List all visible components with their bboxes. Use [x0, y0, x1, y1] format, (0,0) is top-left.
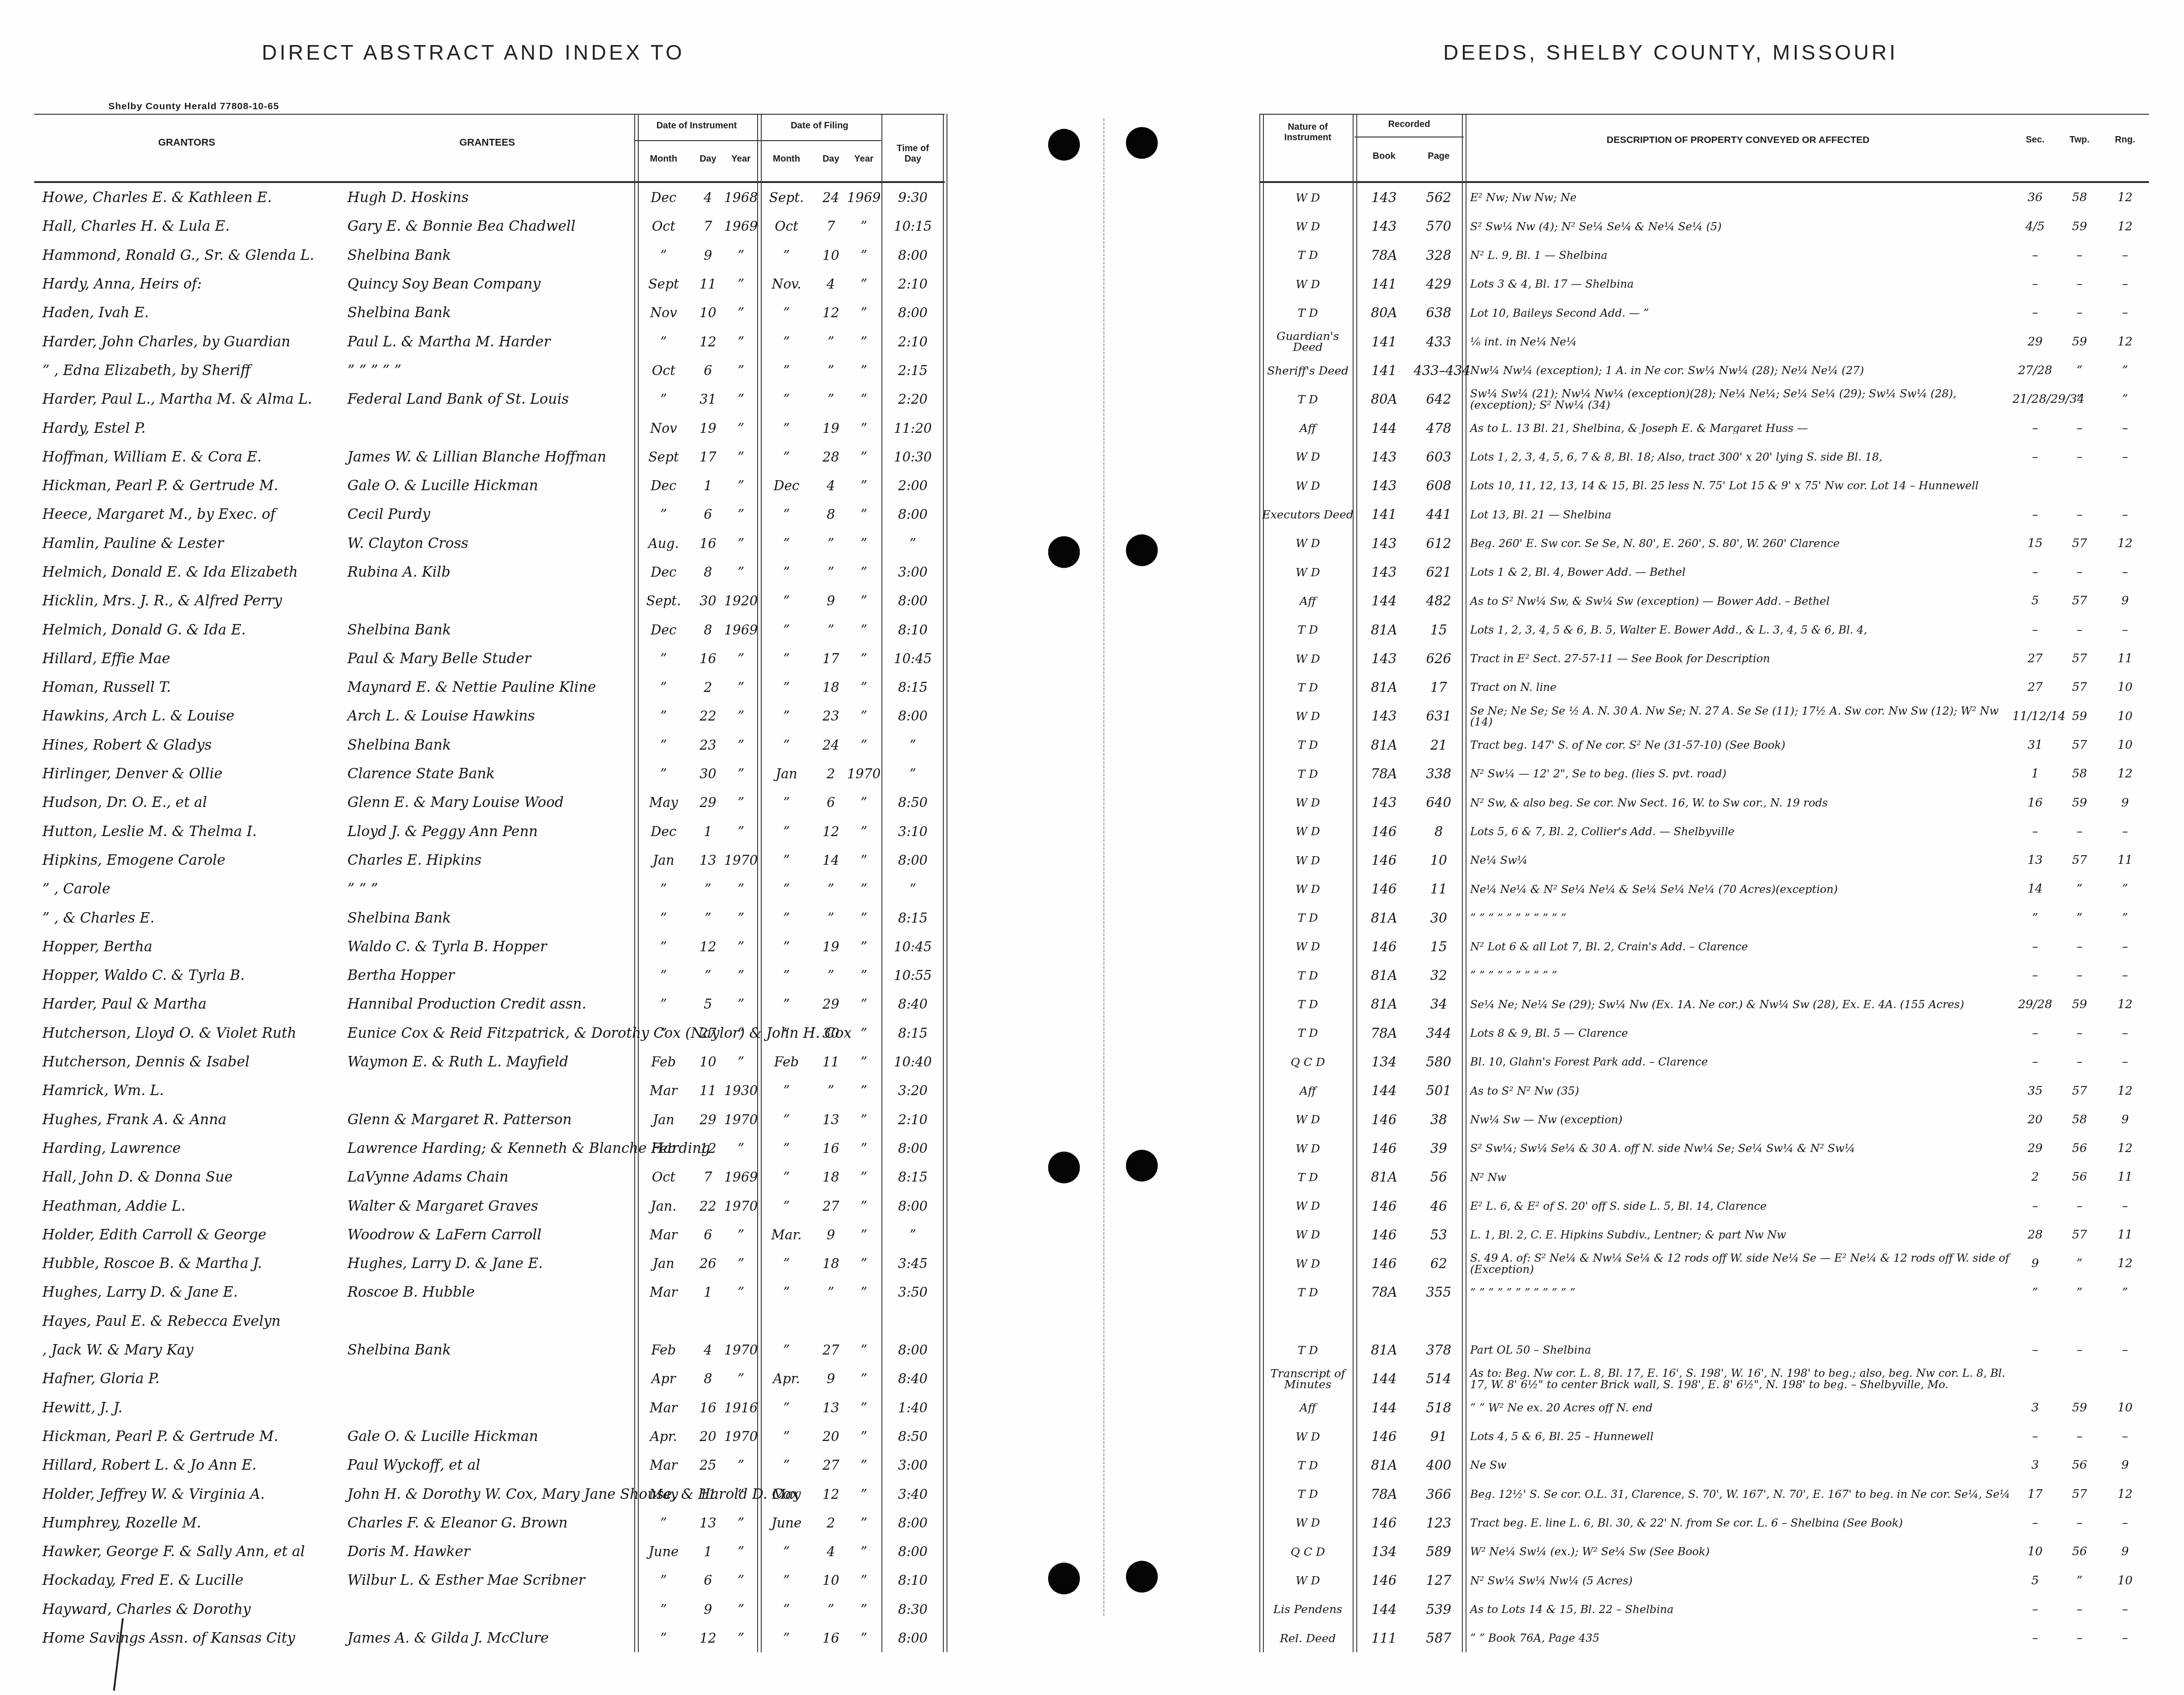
filing-day-cell: 9 [815, 594, 847, 608]
time-of-day-cell: 3:50 [881, 1286, 945, 1299]
description-cell: Lots 10, 11, 12, 13, 14 & 15, Bl. 25 les… [1464, 480, 2012, 491]
table-row: T D78A338N² Sw¼ — 12' 2", Se to beg. (li… [1261, 760, 2149, 788]
grantees-cell: ” ” ” [339, 882, 635, 896]
grantors-cell: Hawker, George F. & Sally Ann, et al [34, 1545, 339, 1559]
filing-day-cell: 12 [815, 825, 847, 838]
instrument-day-cell: 6 [692, 364, 724, 377]
filing-month-cell: Sept. [758, 191, 815, 204]
table-row: Hutton, Leslie M. & Thelma I.Lloyd J. & … [34, 817, 945, 846]
instrument-year-cell: ” [724, 566, 758, 579]
book-cell: 143 [1354, 652, 1414, 665]
date-of-instrument-header: Date of Instrument [635, 121, 758, 131]
instrument-year-cell: 1916 [724, 1401, 758, 1415]
filing-month-cell: ” [758, 249, 815, 262]
sec-cell: 29 [2012, 336, 2058, 348]
table-row: Hughes, Frank A. & AnnaGlenn & Margaret … [34, 1106, 945, 1134]
table-row: Hall, Charles H. & Lula E.Gary E. & Bonn… [34, 212, 945, 241]
binder-hole [1048, 536, 1080, 568]
nature-of-instrument-cell: W D [1261, 884, 1354, 895]
filing-year-cell: ” [847, 710, 881, 723]
filing-month-cell: ” [758, 652, 815, 665]
sec-cell: 11/12/14 [2012, 711, 2058, 722]
instrument-day-cell: 22 [692, 1200, 724, 1213]
page-header: Page [1414, 151, 1464, 162]
table-row: W D14638Nw¼ Sw — Nw (exception)20589 [1261, 1106, 2149, 1134]
instrument-year-cell: ” [724, 278, 758, 291]
sec-cell: – [2012, 307, 2058, 319]
time-of-day-cell: 8:15 [881, 912, 945, 925]
book-cell: 78A [1354, 1027, 1414, 1040]
filing-month-cell: ” [758, 710, 815, 723]
book-cell: 146 [1354, 1142, 1414, 1155]
description-cell: E² L. 6, & E² of S. 20' off S. side L. 5… [1464, 1201, 2012, 1212]
sec-cell: 14 [2012, 883, 2058, 895]
grantors-cell: Hamlin, Pauline & Lester [34, 537, 339, 551]
filing-year-cell: ” [847, 854, 881, 867]
grantors-cell: Hubble, Roscoe B. & Martha J. [34, 1257, 339, 1271]
instrument-month-cell: Mar [635, 1401, 692, 1415]
rng-cell: – [2101, 1056, 2149, 1068]
twp-cell: – [2058, 1345, 2101, 1356]
grantees-cell: Charles F. & Eleanor G. Brown [339, 1516, 635, 1530]
description-cell: Nw¼ Nw¼ (exception); 1 A. in Ne cor. Sw¼… [1464, 365, 2012, 376]
filing-month-cell: Feb [758, 1056, 815, 1069]
description-cell: Sw¼ Sw¼ (21); Nw¼ Nw¼ (exception)(28); N… [1464, 388, 2012, 411]
page-cell: 344 [1414, 1027, 1464, 1040]
grantors-cell: Hewitt, J. J. [34, 1401, 339, 1415]
page-cell: 39 [1414, 1142, 1464, 1155]
recorded-rule [1354, 137, 1464, 137]
left-table-top-rule [34, 114, 945, 115]
nature-of-instrument-cell: T D [1261, 624, 1354, 635]
instrument-month-cell: Mar [635, 1459, 692, 1472]
binder-hole [1048, 1563, 1080, 1594]
grantors-cell: Hopper, Bertha [34, 940, 339, 954]
filing-month-cell: ” [758, 969, 815, 982]
grantees-cell: Waymon E. & Ruth L. Mayfield [339, 1055, 635, 1069]
nature-of-instrument-cell: W D [1261, 452, 1354, 462]
filing-day-cell: ” [815, 1603, 847, 1616]
instrument-month-cell: Jan. [635, 1200, 692, 1213]
filing-year-cell: ” [847, 1286, 881, 1299]
twp-cell: 57 [2058, 855, 2101, 866]
table-row: W D143626Tract in E² Sect. 27-57-11 — Se… [1261, 645, 2149, 673]
grantors-cell: Harder, Paul L., Martha M. & Alma L. [34, 392, 339, 406]
instrument-year-cell: 1970 [724, 1113, 758, 1127]
grantors-cell: Hall, Charles H. & Lula E. [34, 219, 339, 233]
time-of-day-cell: 8:00 [881, 306, 945, 320]
grantees-cell: Gale O. & Lucille Hickman [339, 1430, 635, 1444]
time-of-day-cell: ” [881, 739, 945, 752]
filing-month-cell: ” [758, 1344, 815, 1357]
instrument-year-cell: 1920 [724, 594, 758, 608]
filing-month-cell: ” [758, 1142, 815, 1155]
filing-year-cell: ” [847, 1517, 881, 1530]
instrument-month-cell: Feb [635, 1056, 692, 1069]
nature-of-instrument-cell: T D [1261, 1172, 1354, 1183]
grantees-cell: John H. & Dorothy W. Cox, Mary Jane Shou… [339, 1487, 635, 1502]
description-cell: As to S² Nw¼ Sw, & Sw¼ Sw (exception) — … [1464, 596, 2012, 607]
sec-cell: – [2012, 1028, 2058, 1039]
instrument-year-cell: ” [724, 306, 758, 320]
instrument-day-cell: 7 [692, 1171, 724, 1184]
table-row: W D143608Lots 10, 11, 12, 13, 14 & 15, B… [1261, 472, 2149, 500]
filing-month-cell: ” [758, 825, 815, 838]
date-of-filing-header: Date of Filing [758, 121, 881, 131]
filing-month-cell: ” [758, 1603, 815, 1616]
grantees-cell: Paul & Mary Belle Studer [339, 652, 635, 666]
book-cell: 143 [1354, 537, 1414, 550]
filing-day-cell: ” [815, 883, 847, 896]
time-of-day-cell: 8:15 [881, 681, 945, 694]
instrument-month-cell: Sept [635, 451, 692, 464]
rng-cell: – [2101, 941, 2149, 953]
instrument-day-cell: 10 [692, 306, 724, 320]
table-row: Hewitt, J. J.Mar161916”13”1:40 [34, 1393, 945, 1422]
page-cell: 56 [1414, 1171, 1464, 1184]
table-row: T D78A344Lots 8 & 9, Bl. 5 — Clarence––– [1261, 1019, 2149, 1048]
instrument-month-cell: ” [635, 393, 692, 406]
page-cell: 328 [1414, 249, 1464, 262]
filing-year-cell: ” [847, 912, 881, 925]
grantors-cell: Hines, Robert & Gladys [34, 738, 339, 752]
grantors-cell: Holder, Jeffrey W. & Virginia A. [34, 1487, 339, 1502]
instrument-year-cell: 1968 [724, 191, 758, 204]
instrument-day-cell: 12 [692, 940, 724, 954]
table-row: ” , Carole” ” ”””””””” [34, 875, 945, 903]
filing-day-cell: 12 [815, 306, 847, 320]
table-row: Hudson, Dr. O. E., et alGlenn E. & Mary … [34, 788, 945, 817]
rng-cell: 12 [2101, 1258, 2149, 1269]
rng-cell: – [2101, 1201, 2149, 1212]
instrument-day-cell: ” [692, 969, 724, 982]
table-row: ” , Edna Elizabeth, by Sheriff” ” ” ” ”O… [34, 356, 945, 385]
time-of-day-cell: ” [881, 883, 945, 896]
book-cell: 144 [1354, 1084, 1414, 1097]
sec-cell: 21/28/29/34 [2012, 394, 2058, 405]
grantees-cell: Glenn & Margaret R. Patterson [339, 1113, 635, 1127]
table-row: Heathman, Addie L.Walter & Margaret Grav… [34, 1192, 945, 1220]
sec-cell: ” [2012, 913, 2058, 924]
time-of-day-cell: 3:10 [881, 825, 945, 838]
filing-month-cell: Jan [758, 767, 815, 781]
sec-cell: – [2012, 1604, 2058, 1615]
filing-month-cell: ” [758, 1401, 815, 1415]
instrument-month-cell: ” [635, 883, 692, 896]
table-row: Aff144518” ” W² Ne ex. 20 Acres off N. e… [1261, 1393, 2149, 1422]
table-row: Home Savings Assn. of Kansas CityJames A… [34, 1624, 945, 1653]
time-of-day-cell: 8:15 [881, 1171, 945, 1184]
instrument-month-cell: ” [635, 710, 692, 723]
filing-day-cell: ” [815, 393, 847, 406]
rng-cell: 10 [2101, 682, 2149, 693]
table-row: W D146123Tract beg. E. line L. 6, Bl. 30… [1261, 1509, 2149, 1538]
twp-cell: ” [2058, 883, 2101, 895]
table-row: W D146127N² Sw¼ Sw¼ Nw¼ (5 Acres)5”10 [1261, 1566, 2149, 1595]
filing-month-cell: ” [758, 940, 815, 954]
grantors-cell: Hardy, Estel P. [34, 421, 339, 436]
rng-cell: ” [2101, 394, 2149, 405]
filing-year-cell: ” [847, 335, 881, 349]
nature-of-instrument-cell: W D [1261, 279, 1354, 290]
description-cell: N² Nw [1464, 1172, 2012, 1183]
description-cell: Lot 13, Bl. 21 — Shelbina [1464, 509, 2012, 520]
nature-of-instrument-cell: W D [1261, 1431, 1354, 1442]
book-cell: 143 [1354, 796, 1414, 809]
instrument-year-cell: ” [724, 652, 758, 665]
page-fold [1103, 118, 1105, 1616]
grantees-cell: Walter & Margaret Graves [339, 1199, 635, 1213]
filing-month-cell: ” [758, 681, 815, 694]
grantors-cell: Harder, Paul & Martha [34, 997, 339, 1011]
page-cell: 34 [1414, 998, 1464, 1011]
sec-cell: – [2012, 567, 2058, 578]
instrument-day-cell: 25 [692, 1459, 724, 1472]
description-cell: Nw¼ Sw — Nw (exception) [1464, 1114, 2012, 1125]
book-cell: 81A [1354, 912, 1414, 925]
grantees-cell: Gale O. & Lucille Hickman [339, 479, 635, 493]
filing-month-cell: ” [758, 1632, 815, 1645]
instrument-month-cell: Oct [635, 220, 692, 233]
description-cell: S² Sw¼ Nw (4); N² Se¼ Se¼ & Ne¼ Se¼ (5) [1464, 221, 2012, 232]
grantors-cell: Humphrey, Rozelle M. [34, 1516, 339, 1530]
sec-cell: – [2012, 279, 2058, 290]
binder-hole [1126, 1150, 1158, 1182]
rng-cell: – [2101, 1028, 2149, 1039]
instrument-year-cell: 1970 [724, 854, 758, 867]
page-cell: 400 [1414, 1459, 1464, 1472]
twp-cell: – [2058, 509, 2101, 521]
instrument-year-cell: ” [724, 681, 758, 694]
sec-cell: 3 [2012, 1460, 2058, 1471]
table-row: Hipkins, Emogene CaroleCharles E. Hipkin… [34, 846, 945, 875]
instrument-year-cell: ” [724, 1574, 758, 1587]
page-cell: 514 [1414, 1372, 1464, 1385]
grantees-cell: Gary E. & Bonnie Bea Chadwell [339, 219, 635, 233]
sec-cell: 29/28 [2012, 999, 2058, 1010]
time-of-day-cell: 2:15 [881, 364, 945, 377]
table-row: Hawkins, Arch L. & LouiseArch L. & Louis… [34, 702, 945, 731]
filing-year-cell: ” [847, 624, 881, 637]
table-row: T D81A21Tract beg. 147' S. of Ne cor. S²… [1261, 731, 2149, 760]
grantors-cell: Hughes, Larry D. & Jane E. [34, 1285, 339, 1299]
filing-year-cell: ” [847, 1171, 881, 1184]
grantees-cell: Hughes, Larry D. & Jane E. [339, 1257, 635, 1271]
table-row: W D143603Lots 1, 2, 3, 4, 5, 6, 7 & 8, B… [1261, 443, 2149, 472]
instrument-year-cell: ” [724, 710, 758, 723]
grantees-cell: Charles E. Hipkins [339, 853, 635, 868]
sec-cell: 2 [2012, 1172, 2058, 1183]
book-cell: 144 [1354, 422, 1414, 435]
book-cell: 134 [1354, 1545, 1414, 1558]
filing-year-cell: ” [847, 796, 881, 809]
filing-day-cell: 10 [815, 249, 847, 262]
description-cell: Lots 1, 2, 3, 4, 5, 6, 7 & 8, Bl. 18; Al… [1464, 452, 2012, 462]
twp-cell: 57 [2058, 1489, 2101, 1500]
instrument-year-cell: ” [724, 1459, 758, 1472]
description-cell: S. 49 A. of: S² Ne¼ & Nw¼ Se¼ & 12 rods … [1464, 1253, 2012, 1275]
grantors-cell: Hockaday, Fred E. & Lucille [34, 1573, 339, 1588]
grantors-cell: Hudson, Dr. O. E., et al [34, 796, 339, 810]
filing-year-cell: ” [847, 393, 881, 406]
table-row: Homan, Russell T.Maynard E. & Nettie Pau… [34, 673, 945, 702]
instrument-day-cell: 4 [692, 1344, 724, 1357]
sec-cell: 10 [2012, 1546, 2058, 1558]
table-row: Hillard, Robert L. & Jo Ann E.Paul Wycko… [34, 1451, 945, 1480]
instrument-month-cell: Dec [635, 191, 692, 204]
grantors-cell: Hardy, Anna, Heirs of: [34, 277, 339, 291]
grantees-cell: Shelbina Bank [339, 911, 635, 925]
twp-cell: 57 [2058, 1229, 2101, 1241]
filing-year-cell: 1970 [847, 767, 881, 781]
twp-cell: – [2058, 307, 2101, 319]
book-cell: 144 [1354, 594, 1414, 608]
twp-cell: 59 [2058, 711, 2101, 722]
binder-hole [1048, 1152, 1080, 1183]
filing-year-cell: ” [847, 1545, 881, 1558]
table-row: W D14611Ne¼ Ne¼ & N² Se¼ Ne¼ & Se¼ Se¼ N… [1261, 875, 2149, 903]
instrument-day-cell: 12 [692, 1632, 724, 1645]
table-row: W D14610Ne¼ Sw¼135711 [1261, 846, 2149, 875]
instrument-month-cell: Feb [635, 1344, 692, 1357]
sec-cell: 27 [2012, 653, 2058, 665]
instrument-month-cell: ” [635, 249, 692, 262]
instrument-month-cell: ” [635, 940, 692, 954]
sec-cell: 31 [2012, 740, 2058, 751]
grantors-cell: Holder, Edith Carroll & George [34, 1228, 339, 1242]
table-row: , Jack W. & Mary KayShelbina BankFeb4197… [34, 1336, 945, 1365]
rng-cell: – [2101, 1431, 2149, 1442]
rng-cell: 10 [2101, 740, 2149, 751]
instrument-day-cell: 16 [692, 652, 724, 665]
page-cell: 123 [1414, 1517, 1464, 1530]
book-cell: 81A [1354, 1171, 1414, 1184]
inst-year-header: Year [724, 154, 758, 164]
grantors-cell: Hutcherson, Dennis & Isabel [34, 1055, 339, 1069]
filing-day-cell: 16 [815, 1632, 847, 1645]
grantees-cell: Shelbina Bank [339, 306, 635, 320]
time-of-day-cell: 8:00 [881, 1545, 945, 1558]
book-cell: 146 [1354, 1430, 1414, 1443]
nature-of-instrument-cell: Aff [1261, 1086, 1354, 1096]
twp-cell: 59 [2058, 1402, 2101, 1414]
table-row: T D80A638Lot 10, Baileys Second Add. — ”… [1261, 299, 2149, 327]
rng-cell: ” [2101, 883, 2149, 895]
filing-day-cell: 4 [815, 1545, 847, 1558]
filing-month-cell: ” [758, 1459, 815, 1472]
page-cell: 539 [1414, 1603, 1464, 1616]
grantors-cell: Hirlinger, Denver & Ollie [34, 767, 339, 781]
filing-month-cell: ” [758, 624, 815, 637]
filing-year-cell: ” [847, 1113, 881, 1127]
table-row: Transcript of Minutes144514As to: Beg. N… [1261, 1365, 2149, 1393]
sec-cell: 3 [2012, 1402, 2058, 1414]
time-of-day-cell: 8:00 [881, 1517, 945, 1530]
grantees-cell: James A. & Gilda J. McClure [339, 1631, 635, 1645]
grantors-cell: Hayward, Charles & Dorothy [34, 1603, 339, 1617]
sec-cell: – [2012, 1056, 2058, 1068]
table-row: Rel. Deed111587” ” Book 76A, Page 435––– [1261, 1624, 2149, 1653]
sec-header: Sec. [2012, 135, 2058, 145]
rng-cell: 12 [2101, 336, 2149, 348]
instrument-day-cell: 30 [692, 767, 724, 781]
filing-year-cell: ” [847, 940, 881, 954]
sec-cell: 27/28 [2012, 365, 2058, 376]
filing-month-cell: June [758, 1517, 815, 1530]
grantees-header: GRANTEES [339, 137, 635, 148]
rng-cell: – [2101, 567, 2149, 578]
book-cell: 134 [1354, 1056, 1414, 1069]
description-cell: N² Sw, & also beg. Se cor. Nw Sect. 16, … [1464, 797, 2012, 808]
description-cell: Bl. 10, Glahn's Forest Park add. – Clare… [1464, 1056, 2012, 1067]
instrument-day-cell: 9 [692, 1603, 724, 1616]
grantees-cell: Arch L. & Louise Hawkins [339, 709, 635, 723]
description-cell: Tract on N. line [1464, 682, 2012, 693]
table-row: Haden, Ivah E.Shelbina BankNov10””12”8:0… [34, 299, 945, 327]
grantees-cell: Shelbina Bank [339, 738, 635, 752]
instrument-day-cell: 1 [692, 1286, 724, 1299]
instrument-day-cell: 29 [692, 1113, 724, 1127]
description-cell: Ne Sw [1464, 1460, 2012, 1471]
sec-cell: – [2012, 1201, 2058, 1212]
grantees-cell: Shelbina Bank [339, 249, 635, 263]
instrument-year-cell: ” [724, 393, 758, 406]
filing-month-cell: ” [758, 1430, 815, 1443]
filing-day-cell: 16 [815, 1142, 847, 1155]
instrument-day-cell: 19 [692, 422, 724, 435]
table-row: W D143612Beg. 260' E. Sw cor. Se Se, N. … [1261, 529, 2149, 558]
table-row: Heece, Margaret M., by Exec. ofCecil Pur… [34, 500, 945, 529]
filing-year-cell: ” [847, 1142, 881, 1155]
twp-cell: 59 [2058, 999, 2101, 1010]
book-cell: 81A [1354, 998, 1414, 1011]
filing-month-cell: ” [758, 566, 815, 579]
twp-cell: ” [2058, 365, 2101, 376]
table-row: Harder, John Charles, by GuardianPaul L.… [34, 327, 945, 356]
rng-cell: – [2101, 307, 2149, 319]
table-row: Hayes, Paul E. & Rebecca Evelyn [34, 1307, 945, 1336]
table-row: W D14691Lots 4, 5 & 6, Bl. 25 – Hunnewel… [1261, 1422, 2149, 1451]
time-of-day-cell: 8:10 [881, 624, 945, 637]
filing-month-cell: ” [758, 451, 815, 464]
filing-month-cell: ” [758, 1545, 815, 1558]
instrument-month-cell: ” [635, 1632, 692, 1645]
table-row: Holder, Edith Carroll & GeorgeWoodrow & … [34, 1221, 945, 1249]
twp-cell: – [2058, 1633, 2101, 1644]
grantors-cell: Hutton, Leslie M. & Thelma I. [34, 825, 339, 839]
time-of-day-cell: 3:40 [881, 1488, 945, 1501]
filing-month-header: Month [758, 154, 815, 164]
table-row: Hayward, Charles & Dorothy”9””””8:30 [34, 1595, 945, 1624]
instrument-month-cell: Apr [635, 1372, 692, 1385]
twp-cell: 57 [2058, 595, 2101, 607]
left-header-bottom-rule [34, 181, 945, 183]
filing-day-cell: ” [815, 969, 847, 982]
filing-day-cell: 18 [815, 1257, 847, 1270]
instrument-month-cell: June [635, 1545, 692, 1558]
table-row: W D143640N² Sw, & also beg. Se cor. Nw S… [1261, 788, 2149, 817]
nature-of-instrument-cell: Q C D [1261, 1057, 1354, 1068]
filing-day-cell: 24 [815, 191, 847, 204]
filing-day-cell: 8 [815, 508, 847, 521]
table-row: W D143631Se Ne; Ne Se; Se ½ A. N. 30 A. … [1261, 702, 2149, 731]
instrument-month-cell: Mar [635, 1084, 692, 1097]
table-row: W D14639S² Sw¼; Sw¼ Se¼ & 30 A. off N. s… [1261, 1134, 2149, 1163]
description-cell: Lot 10, Baileys Second Add. — ” [1464, 308, 2012, 319]
instrument-year-cell: ” [724, 422, 758, 435]
page-cell: 631 [1414, 710, 1464, 723]
table-row: T D80A642Sw¼ Sw¼ (21); Nw¼ Nw¼ (exceptio… [1261, 385, 2149, 414]
